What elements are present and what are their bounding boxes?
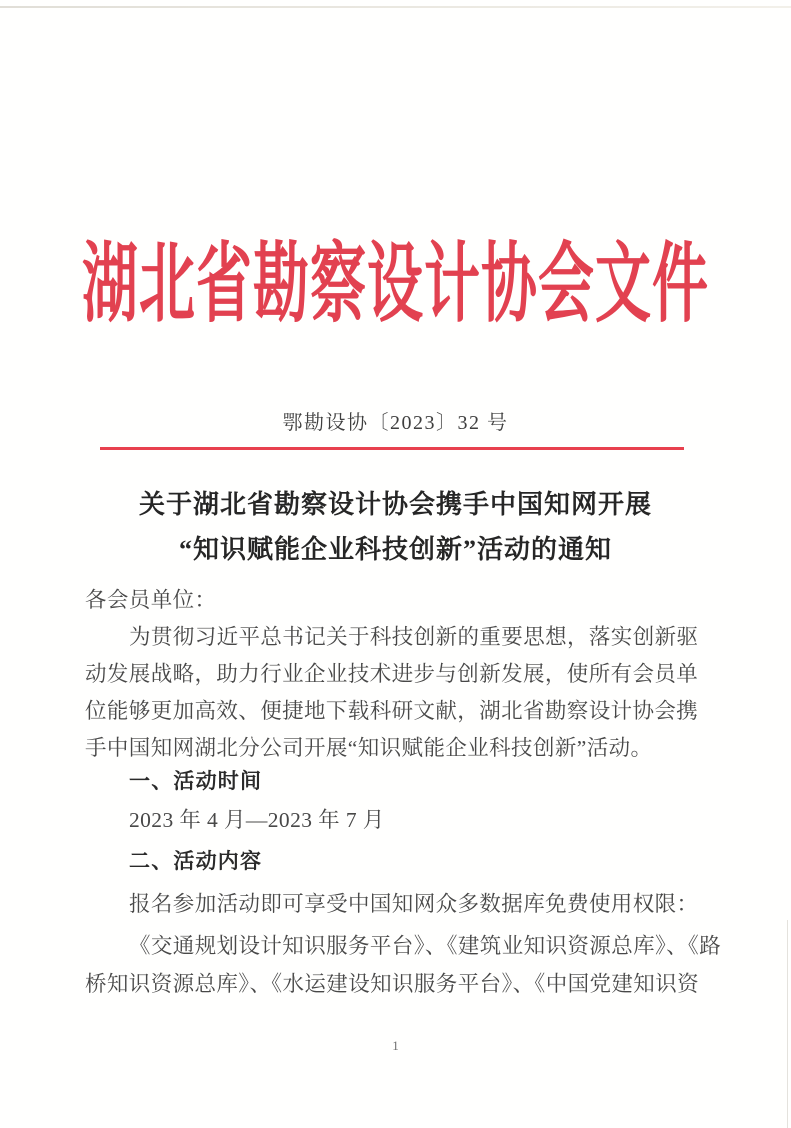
document-number: 鄂勘设协〔2023〕32 号 xyxy=(0,406,791,435)
letterhead-title: 湖北省勘察设计协会文件 xyxy=(0,232,791,324)
paragraph-1-line-4: 手中国知网湖北分公司开展“知识赋能企业科技创新”活动。 xyxy=(85,731,693,762)
scan-edge-top xyxy=(0,6,791,8)
paragraph-1-line-3: 位能够更加高效、便捷地下载科研文献，湖北省勘察设计协会携 xyxy=(85,694,693,725)
paragraph-3-line-1: 《交通规划设计知识服务平台》、《建筑业知识资源总库》、《路 xyxy=(85,929,693,960)
paragraph-2-line-1: 报名参加活动即可享受中国知网众多数据库免费使用权限： xyxy=(85,887,693,918)
red-divider-line xyxy=(100,447,684,450)
paragraph-1-line-2: 动发展战略，助力行业企业技术进步与创新发展，使所有会员单 xyxy=(85,657,693,688)
paragraph-3-line-2: 桥知识资源总库》、《水运建设知识服务平台》、《中国党建知识资 xyxy=(85,967,693,998)
paragraph-1-line-1: 为贯彻习近平总书记关于科技创新的重要思想，落实创新驱 xyxy=(85,620,693,651)
document-title-line-1: 关于湖北省勘察设计协会携手中国知网开展 xyxy=(0,484,791,521)
document-title-line-2: “知识赋能企业科技创新”活动的通知 xyxy=(0,529,791,566)
salutation: 各会员单位： xyxy=(85,583,693,614)
section-1-heading: 一、活动时间 xyxy=(85,765,693,795)
letterhead-title-text: 湖北省勘察设计协会文件 xyxy=(82,216,709,340)
document-page: 湖北省勘察设计协会文件 鄂勘设协〔2023〕32 号 关于湖北省勘察设计协会携手… xyxy=(0,0,791,1128)
section-2-heading: 二、活动内容 xyxy=(85,845,693,875)
scan-edge-right xyxy=(787,920,788,1128)
section-1-time: 2023 年 4 月—2023 年 7 月 xyxy=(85,803,693,834)
page-number: 1 xyxy=(0,1038,791,1054)
